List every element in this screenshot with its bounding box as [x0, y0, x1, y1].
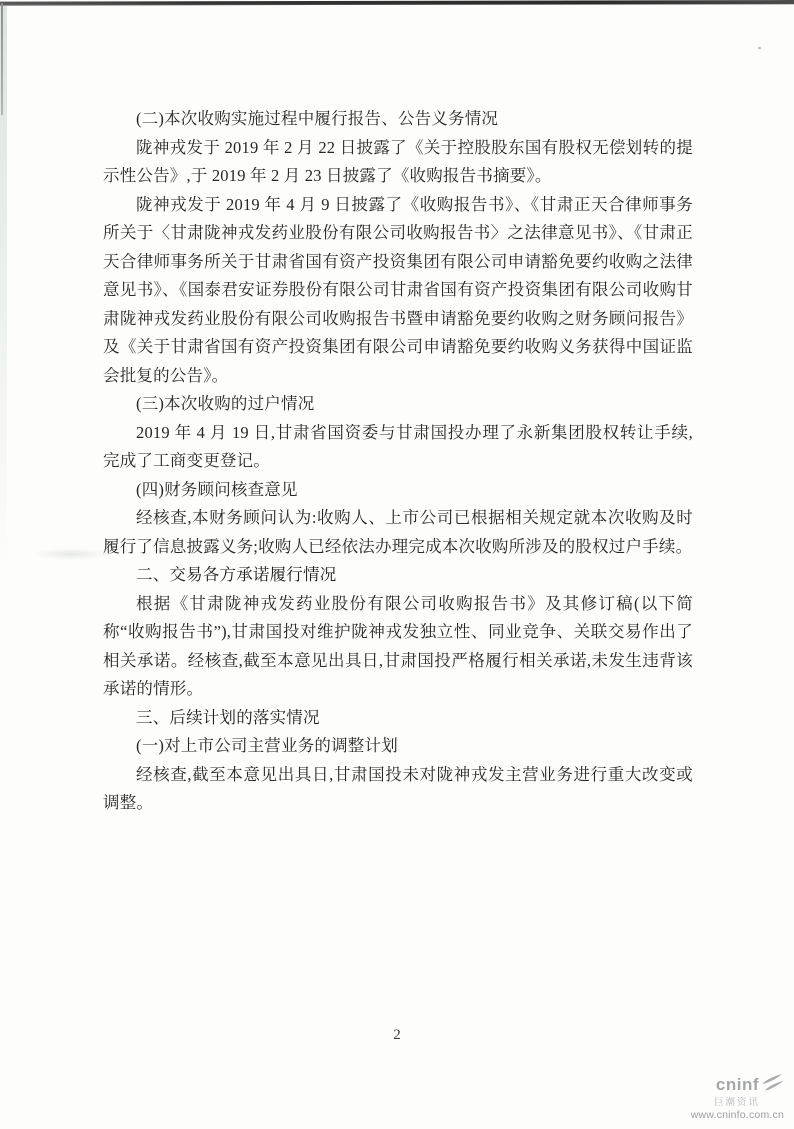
heading-subsection-1-business-adjustment: (一)对上市公司主营业务的调整计划	[103, 732, 693, 761]
heading-section-4: (四)财务顾问核查意见	[103, 476, 693, 505]
scan-artifact-left-line	[1, 3, 3, 115]
cninfo-logo-icon	[760, 1073, 784, 1093]
paragraph-advisor-opinion: 经核查,本财务顾问认为:收购人、上市公司已根据相关规定就本次收购及时履行了信息披…	[103, 504, 693, 561]
paragraph-disclosure-april: 陇神戎发于 2019 年 4 月 9 日披露了《收购报告书》、《甘肃正天合律师事…	[103, 191, 693, 391]
page-number: 2	[0, 1026, 794, 1044]
document-body: (二)本次收购实施过程中履行报告、公告义务情况 陇神戎发于 2019 年 2 月…	[103, 105, 693, 818]
heading-part-3-follow-up-plans: 三、后续计划的落实情况	[103, 704, 693, 733]
paragraph-commitments: 根据《甘肃陇神戎发药业股份有限公司收购报告书》及其修订稿(以下简称“收购报告书”…	[103, 590, 693, 704]
cninfo-brand-text: cninf	[716, 1076, 759, 1093]
document-page: (二)本次收购实施过程中履行报告、公告义务情况 陇神戎发于 2019 年 2 月…	[0, 0, 794, 1129]
cninfo-brand-chinese: 巨潮资讯	[664, 1094, 784, 1108]
heading-section-3: (三)本次收购的过户情况	[103, 390, 693, 419]
cninfo-watermark: cninf 巨潮资讯 www.cninfo.com.cn	[664, 1073, 784, 1121]
paragraph-business-adjustment: 经核查,截至本意见出具日,甘肃国投未对陇神戎发主营业务进行重大改变或调整。	[103, 761, 693, 818]
scan-artifact-dot	[758, 47, 761, 49]
scan-artifact-top-shadow	[0, 4, 794, 5]
cninfo-brand-row: cninf	[664, 1073, 784, 1093]
paragraph-transfer-registration: 2019 年 4 月 19 日,甘肃省国资委与甘肃国投办理了永新集团股权转让手续…	[103, 419, 693, 476]
scan-artifact-smudge	[32, 548, 110, 560]
paragraph-disclosure-february: 陇神戎发于 2019 年 2 月 22 日披露了《关于控股股东国有股权无偿划转的…	[103, 134, 693, 191]
heading-section-2: (二)本次收购实施过程中履行报告、公告义务情况	[103, 105, 693, 134]
heading-part-2-commitments: 二、交易各方承诺履行情况	[103, 561, 693, 590]
cninfo-url: www.cninfo.com.cn	[664, 1109, 784, 1121]
